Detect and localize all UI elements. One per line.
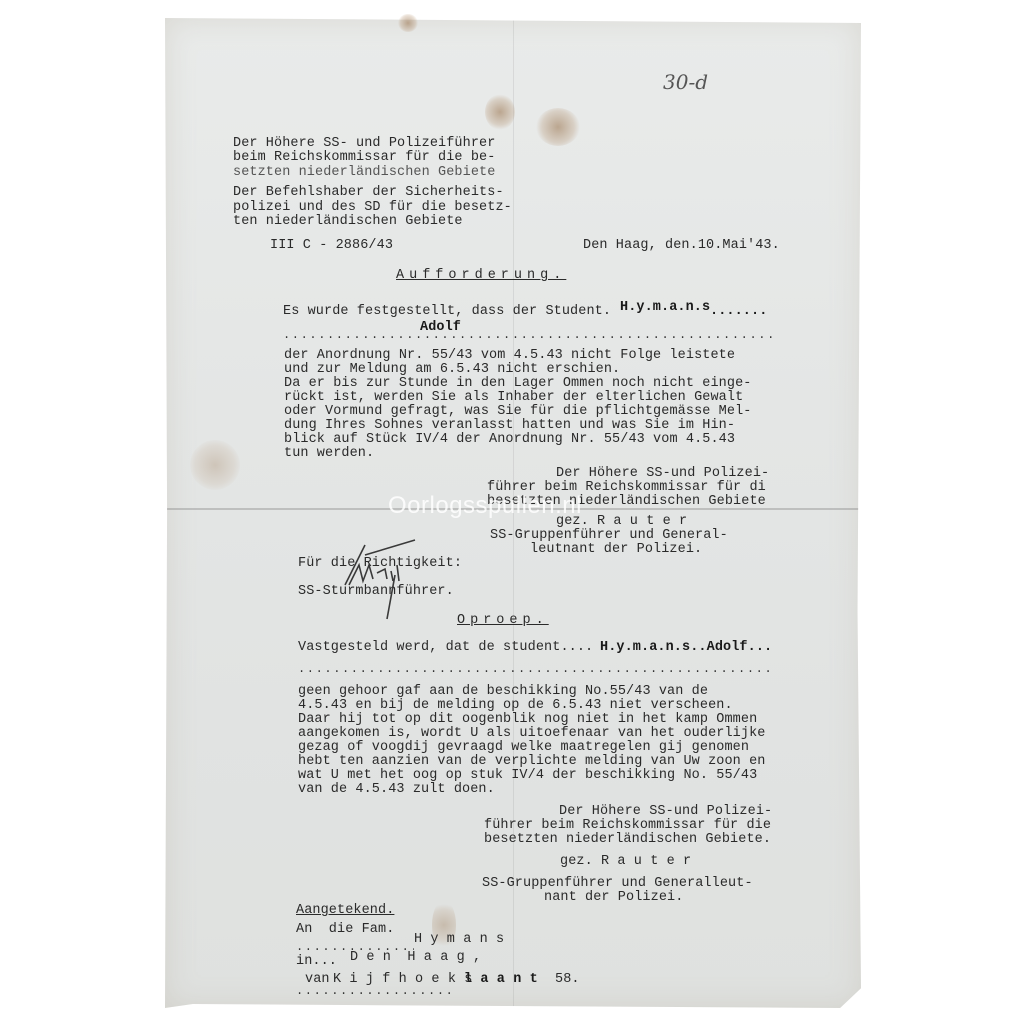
dutch-signature-line: besetzten niederländischen Gebiete.	[484, 832, 771, 847]
stain	[485, 94, 515, 130]
address-line: An die Fam.	[296, 922, 394, 937]
address-family: H y m a n s	[414, 932, 504, 947]
dutch-signature-line: führer beim Reichskommissar für die	[484, 818, 771, 833]
dutch-body-line: wat U met het oog op stuk IV/4 der besch…	[298, 768, 757, 783]
dot-leader: ........................................…	[283, 328, 773, 342]
german-body-line: oder Vormund gefragt, was Sie für die pf…	[284, 404, 751, 419]
dutch-body-line: geen gehoor gaf aan de beschikking No.55…	[298, 684, 708, 699]
dutch-signature-line: Der Höhere SS-und Polizei-	[559, 804, 772, 819]
reference-number: III C - 2886/43	[270, 238, 393, 253]
dutch-body-line: van de 4.5.43 zult doen.	[298, 782, 495, 797]
stain	[190, 440, 240, 490]
watermark: Oorlogsspullen.nl	[388, 492, 582, 520]
dutch-body-line: gezag of voogdij gevraagd welke maatrege…	[298, 740, 749, 755]
dot-leader: ........................................…	[298, 662, 776, 676]
german-signature-line: Der Höhere SS-und Polizei-	[556, 466, 769, 481]
student-full-name: H.y.m.a.n.s..Adolf...	[600, 640, 772, 655]
german-body-line: Da er bis zur Stunde in den Lager Ommen …	[284, 376, 751, 391]
registered-label: Aangetekend.	[296, 903, 394, 918]
dot-leader: ........................................…	[296, 984, 456, 998]
student-surname: H.y.m.a.n.s	[620, 300, 710, 315]
dutch-body-line: hebt ten aanzien van de verplichte meldi…	[298, 754, 765, 769]
german-body-line: dung Ihres Sohnes veranlasst hatten und …	[284, 418, 735, 433]
letterhead-line: setzten niederländischen Gebiete	[233, 165, 495, 180]
dot-leader: .......	[710, 304, 767, 319]
german-body-line: der Anordnung Nr. 55/43 vom 4.5.43 nicht…	[284, 348, 735, 363]
german-rank-line: leutnant der Polizei.	[530, 542, 702, 557]
dutch-rank-line: nant der Polizei.	[544, 890, 683, 905]
german-title: Aufforderung.	[396, 268, 566, 283]
address-street-suffix: l a a n t	[464, 972, 538, 987]
dutch-intro: Vastgesteld werd, dat de student....	[298, 640, 593, 655]
dutch-body-line: aangekomen is, wordt U als uitoefenaar v…	[298, 726, 765, 741]
letterhead-line: polizei und des SD für die besetz-	[233, 200, 512, 215]
dutch-rank-line: SS-Gruppenführer und Generalleut-	[482, 876, 753, 891]
letterhead-line: Der Höhere SS- und Polizeiführer	[233, 136, 495, 151]
dutch-signed: gez. R a u t e r	[560, 854, 691, 869]
letterhead-line: Der Befehlshaber der Sicherheits-	[233, 185, 504, 200]
place-date: Den Haag, den.10.Mai'43.	[583, 238, 780, 253]
address-city: D e n H a a g ,	[350, 950, 481, 965]
german-body-line: rückt ist, werden Sie als Inhaber der el…	[284, 390, 743, 405]
german-intro: Es wurde festgestellt, dass der Student.	[283, 304, 611, 319]
german-body-line: tun werden.	[284, 446, 374, 461]
dutch-title: Oproep.	[457, 613, 549, 628]
handwritten-reference: 30-d	[663, 70, 708, 94]
german-rank-line: SS-Gruppenführer und General-	[490, 528, 728, 543]
letterhead-line: ten niederländischen Gebiete	[233, 214, 463, 229]
letterhead-line: beim Reichskommissar für die be-	[233, 150, 495, 165]
dutch-body-line: Daar hij tot op dit oogenblik nog niet i…	[298, 712, 757, 727]
stain	[536, 108, 580, 146]
german-body-line: blick auf Stück IV/4 der Anordnung Nr. 5…	[284, 432, 735, 447]
handwritten-signature	[335, 535, 425, 620]
german-body-line: und zur Meldung am 6.5.43 nicht erschien…	[284, 362, 620, 377]
stain	[398, 14, 418, 32]
address-house-number: 58.	[555, 972, 580, 987]
dutch-body-line: 4.5.43 en bij de melding op de 6.5.43 ni…	[298, 698, 733, 713]
address-city-prefix: in...	[296, 954, 337, 969]
